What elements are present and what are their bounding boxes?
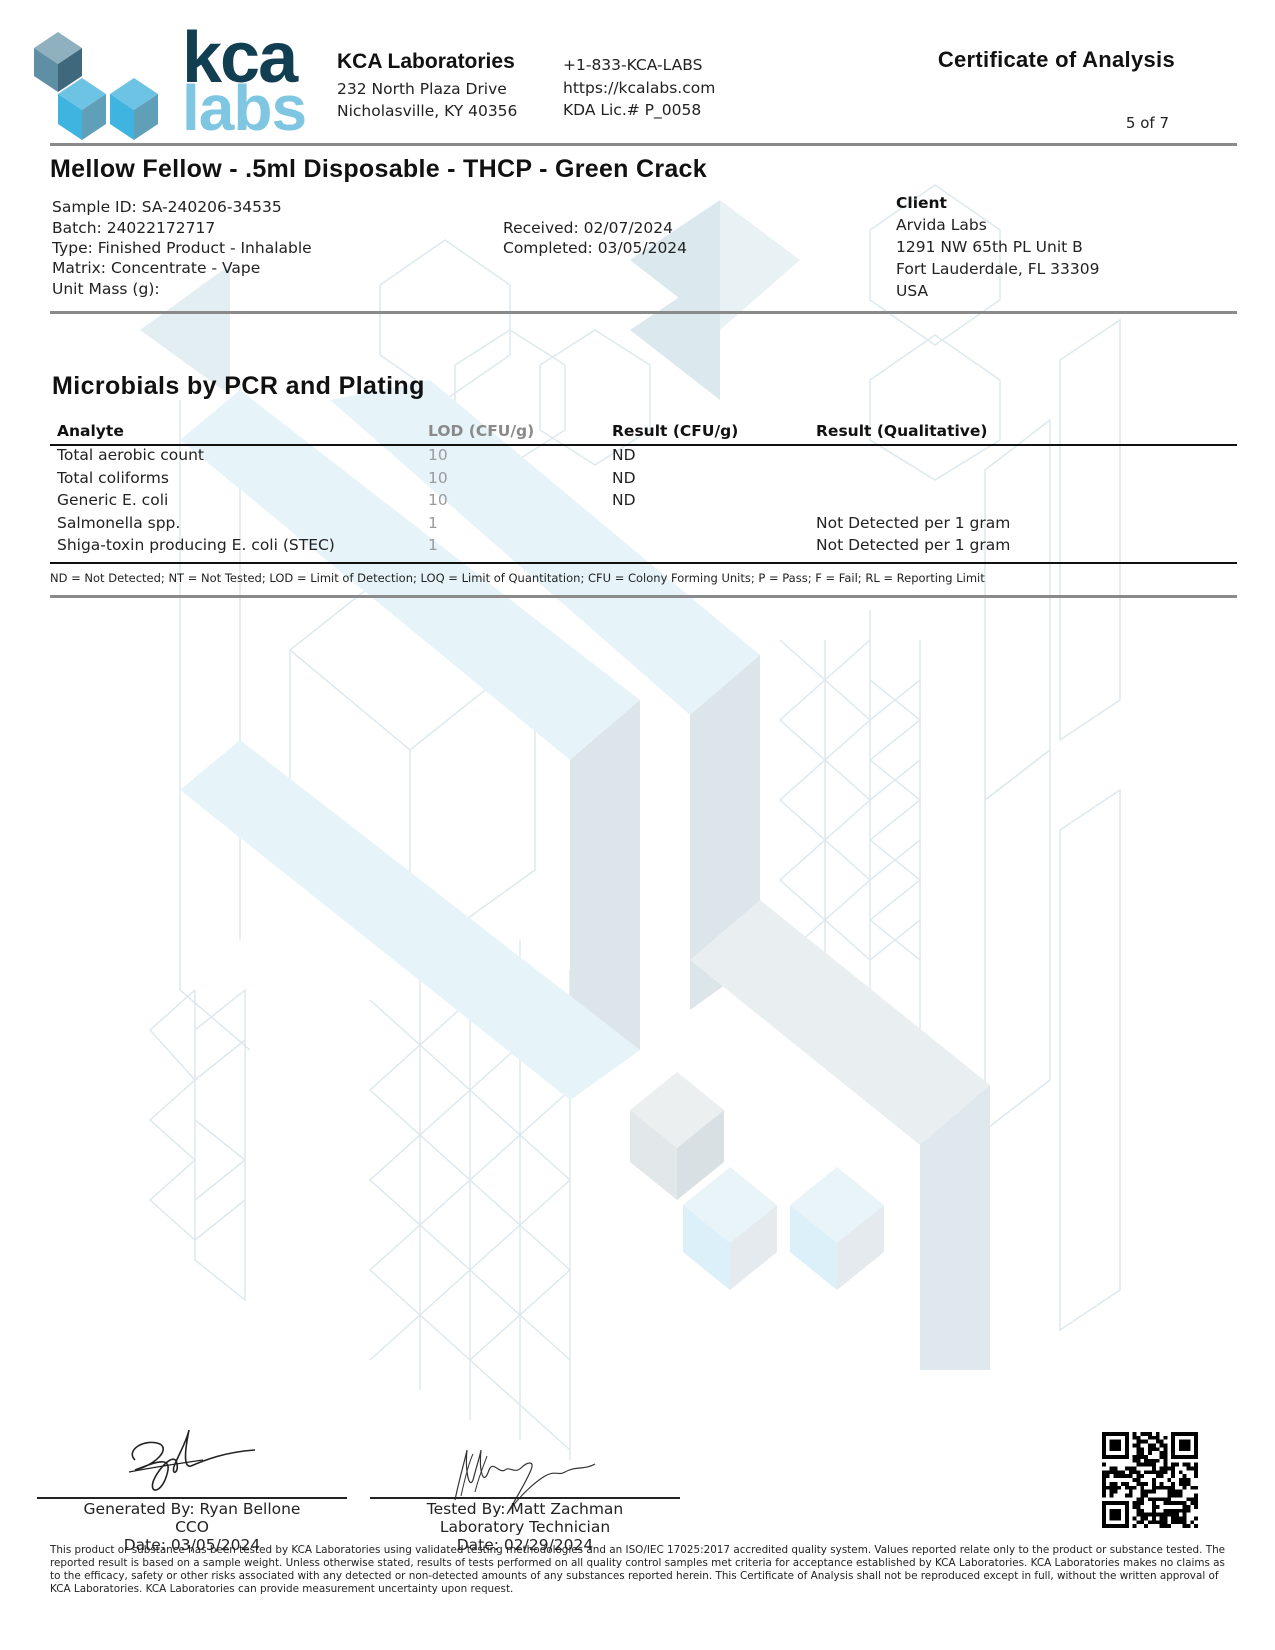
cell-lod: 1 xyxy=(428,514,438,532)
sample-matrix: Matrix: Concentrate - Vape xyxy=(52,259,260,277)
cell-analyte: Shiga-toxin producing E. coli (STEC) xyxy=(57,536,335,554)
generated-by-name: Generated By: Ryan Bellone xyxy=(37,1500,347,1518)
signature-line-tested xyxy=(370,1497,680,1499)
cell-result-cfu: ND xyxy=(612,491,636,509)
cubes-logo-icon xyxy=(30,30,160,140)
column-header-result-cfu: Result (CFU/g) xyxy=(612,422,738,440)
cell-lod: 1 xyxy=(428,536,438,554)
legal-disclaimer: This product or substance has been teste… xyxy=(50,1544,1230,1596)
tested-by-title: Laboratory Technician xyxy=(370,1518,680,1536)
table-footer-rule xyxy=(50,562,1237,564)
document-title: Certificate of Analysis xyxy=(938,47,1175,73)
sample-received-date: Received: 02/07/2024 xyxy=(503,219,673,237)
cell-analyte: Total coliforms xyxy=(57,469,169,487)
cell-lod: 10 xyxy=(428,446,448,464)
client-country: USA xyxy=(896,282,928,300)
product-title: Mellow Fellow - .5ml Disposable - THCP -… xyxy=(50,155,707,184)
company-address-line2: Nicholasville, KY 40356 xyxy=(337,102,517,120)
sample-completed-date: Completed: 03/05/2024 xyxy=(503,239,687,257)
client-address-line2: Fort Lauderdale, FL 33309 xyxy=(896,260,1099,278)
header-divider xyxy=(50,143,1237,146)
sample-unit-mass: Unit Mass (g): xyxy=(52,280,160,298)
cell-result-qualitative: Not Detected per 1 gram xyxy=(816,514,1010,532)
company-phone: +1-833-KCA-LABS xyxy=(563,56,702,74)
sample-batch: Batch: 24022172717 xyxy=(52,219,215,237)
signature-line-generated xyxy=(37,1497,347,1499)
cell-lod: 10 xyxy=(428,469,448,487)
kca-labs-logo: kca labs xyxy=(30,30,300,140)
cell-result-qualitative: Not Detected per 1 gram xyxy=(816,536,1010,554)
cell-analyte: Generic E. coli xyxy=(57,491,168,509)
column-header-lod: LOD (CFU/g) xyxy=(428,422,534,440)
client-label: Client xyxy=(896,194,947,212)
company-address-line1: 232 North Plaza Drive xyxy=(337,80,507,98)
logo-wordmark-labs: labs xyxy=(182,76,306,140)
column-header-analyte: Analyte xyxy=(57,422,124,440)
company-name: KCA Laboratories xyxy=(337,50,515,74)
signature-ryan-bellone xyxy=(115,1420,275,1500)
generated-by-title: CCO xyxy=(37,1518,347,1536)
sample-type: Type: Finished Product - Inhalable xyxy=(52,239,312,257)
legend-divider xyxy=(50,595,1237,598)
table-header-rule xyxy=(50,444,1237,446)
client-address-line1: 1291 NW 65th PL Unit B xyxy=(896,238,1083,256)
cell-analyte: Salmonella spp. xyxy=(57,514,180,532)
company-website-link[interactable]: https://kcalabs.com xyxy=(563,79,715,97)
cell-result-cfu: ND xyxy=(612,446,636,464)
qr-code-icon[interactable] xyxy=(1102,1432,1198,1528)
cell-result-cfu: ND xyxy=(612,469,636,487)
tested-by-name: Tested By: Matt Zachman xyxy=(370,1500,680,1518)
section-title-microbials: Microbials by PCR and Plating xyxy=(52,372,425,401)
sample-id: Sample ID: SA-240206-34535 xyxy=(52,198,282,216)
sample-divider xyxy=(50,311,1237,314)
cell-analyte: Total aerobic count xyxy=(57,446,204,464)
cell-lod: 10 xyxy=(428,491,448,509)
client-name: Arvida Labs xyxy=(896,216,987,234)
page-indicator: 5 of 7 xyxy=(1126,114,1169,132)
abbreviation-legend: ND = Not Detected; NT = Not Tested; LOD … xyxy=(50,571,985,585)
company-license: KDA Lic.# P_0058 xyxy=(563,101,701,119)
column-header-result-qualitative: Result (Qualitative) xyxy=(816,422,988,440)
